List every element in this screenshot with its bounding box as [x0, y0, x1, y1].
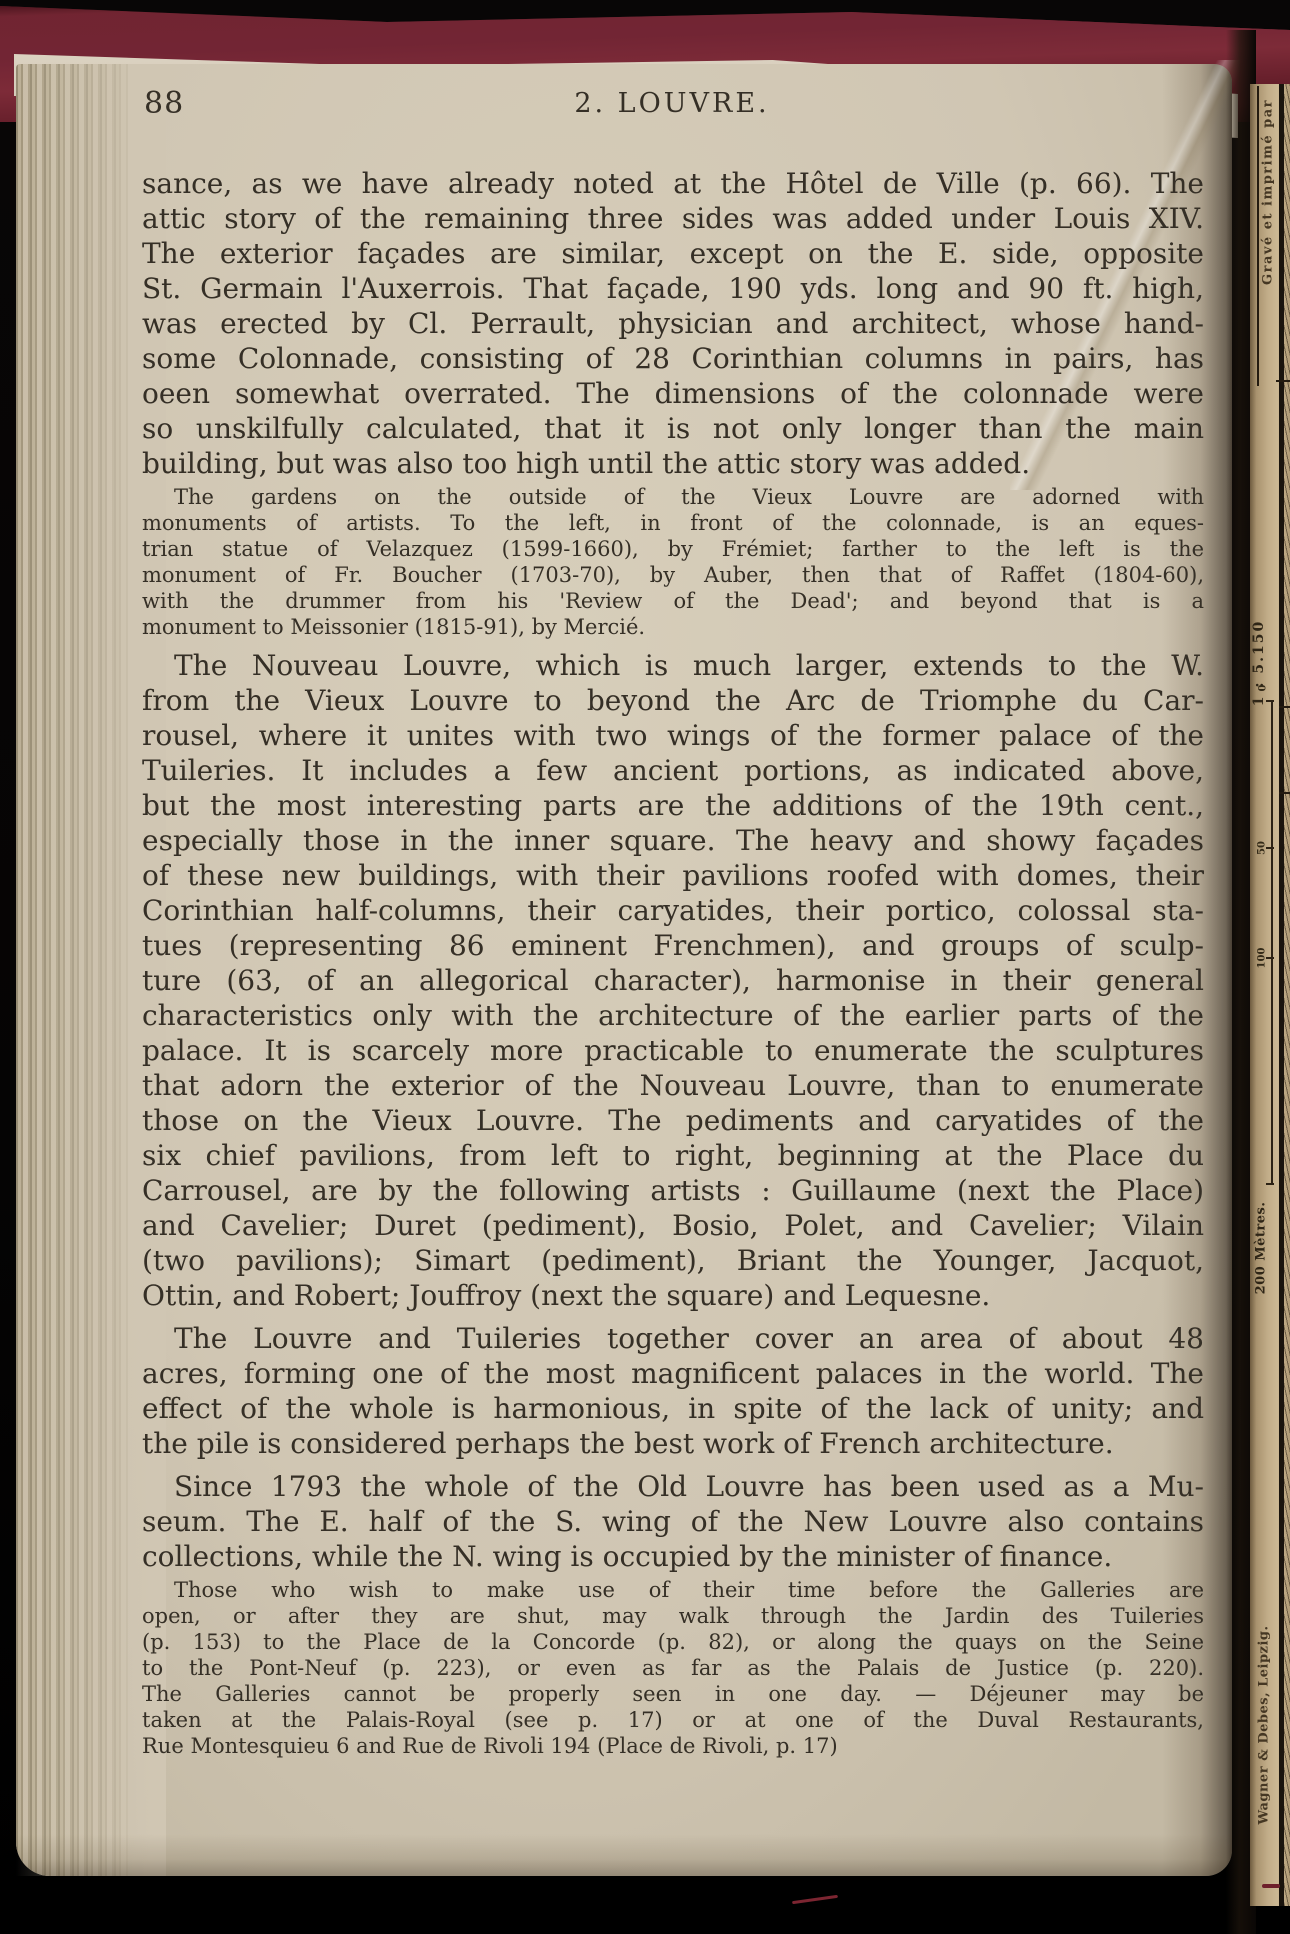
page-bottom-shadow — [16, 1834, 1232, 1876]
text-line: open, or after they are shut, may walk t… — [142, 1603, 1204, 1629]
map-scale-tick-0: 0 — [1258, 685, 1269, 692]
text-line: tues (representing 86 eminent Frenchmen)… — [142, 928, 1204, 963]
text-line: some Colonnade, consisting of 28 Corinth… — [142, 341, 1204, 376]
text-line: palace. It is scarcely more practicable … — [142, 1033, 1204, 1068]
map-scale-tick-mark — [1266, 700, 1274, 702]
text-line: with the drummer from his 'Review of the… — [142, 588, 1204, 614]
map-border-thin-line — [1257, 86, 1259, 386]
paragraph: The Nouveau Louvre, which is much larger… — [142, 648, 1204, 1313]
text-line: (p. 153) to the Place de la Concorde (p.… — [142, 1629, 1204, 1655]
text-line: to the Pont-Neuf (p. 223), or even as fa… — [142, 1655, 1204, 1681]
text-line: trian statue of Velazquez (1599-1660), b… — [142, 536, 1204, 562]
text-line: acres, forming one of the most magnifice… — [142, 1356, 1204, 1391]
text-line: The Nouveau Louvre, which is much larger… — [142, 648, 1204, 683]
map-frame-tick-b — [1279, 792, 1290, 794]
paragraph: The Louvre and Tuileries together cover … — [142, 1321, 1204, 1461]
text-line: The Galleries cannot be properly seen in… — [142, 1681, 1204, 1707]
page-header-row: 88 2. LOUVRE. — [142, 86, 1202, 126]
text-line: The gardens on the outside of the Vieux … — [142, 484, 1204, 510]
map-scale-tick-mark — [1266, 1183, 1274, 1185]
paragraph: The gardens on the outside of the Vieux … — [142, 484, 1204, 640]
text-line: those on the Vieux Louvre. The pediments… — [142, 1103, 1204, 1138]
text-line: Since 1793 the whole of the Old Louvre h… — [142, 1469, 1204, 1504]
map-scale-end-label: 200 Mètres. — [1254, 1202, 1269, 1295]
map-engraving-hatch — [1284, 84, 1290, 1906]
map-scale-ratio: 1 : 5.150 — [1251, 620, 1267, 707]
paragraph: sance, as we have already noted at the H… — [142, 166, 1204, 481]
text-line: seum. The E. half of the S. wing of the … — [142, 1504, 1204, 1539]
text-line: monuments of artists. To the left, in fr… — [142, 510, 1204, 536]
binding-thread — [1262, 1884, 1280, 1888]
text-line: of these new buildings, with their pavil… — [142, 858, 1204, 893]
text-line: was erected by Cl. Perrault, physician a… — [142, 306, 1204, 341]
text-line: the pile is considered perhaps the best … — [142, 1426, 1204, 1461]
text-line: characteristics only with the architectu… — [142, 998, 1204, 1033]
text-line: that adorn the exterior of the Nouveau L… — [142, 1068, 1204, 1103]
text-line: Those who wish to make use of their time… — [142, 1577, 1204, 1603]
text-line: monument to Meissonier (1815-91), by Mer… — [142, 614, 1204, 640]
map-frame-corner — [1276, 380, 1290, 382]
text-line: effect of the whole is harmonious, in sp… — [142, 1391, 1204, 1426]
text-block: sance, as we have already noted at the H… — [142, 166, 1204, 1759]
text-line: Ottin, and Robert; Jouffroy (next the sq… — [142, 1278, 1204, 1313]
text-line: St. Germain l'Auxerrois. That façade, 19… — [142, 271, 1204, 306]
scanned-book-photo: 88 2. LOUVRE. sance, as we have already … — [0, 0, 1290, 1934]
text-line: collections, while the N. wing is occupi… — [142, 1539, 1204, 1574]
text-line: six chief pavilions, from left to right,… — [142, 1138, 1204, 1173]
page-title: 2. LOUVRE. — [172, 88, 1172, 119]
text-line: sance, as we have already noted at the H… — [142, 166, 1204, 201]
text-line: from the Vieux Louvre to beyond the Arc … — [142, 683, 1204, 718]
paragraph: Since 1793 the whole of the Old Louvre h… — [142, 1469, 1204, 1574]
map-scale-bar — [1271, 700, 1273, 1185]
text-line: The Louvre and Tuileries together cover … — [142, 1321, 1204, 1356]
binding-thread — [792, 1895, 838, 1904]
paragraph: Those who wish to make use of their time… — [142, 1577, 1204, 1759]
text-line: ture (63, of an allegorical character), … — [142, 963, 1204, 998]
text-line: oeen somewhat overrated. The dimensions … — [142, 376, 1204, 411]
text-line: Rue Montesquieu 6 and Rue de Rivoli 194 … — [142, 1733, 1204, 1759]
text-line: Carrousel, are by the following artists … — [142, 1173, 1204, 1208]
text-line: especially those in the inner square. Th… — [142, 823, 1204, 858]
text-line: rousel, where it unites with two wings o… — [142, 718, 1204, 753]
map-scale-tick-100: 100 — [1257, 948, 1268, 969]
text-line: The exterior façades are similar, except… — [142, 236, 1204, 271]
text-line: Corinthian half-columns, their caryatide… — [142, 893, 1204, 928]
text-line: taken at the Palais-Royal (see p. 17) or… — [142, 1707, 1204, 1733]
text-line: but the most interesting parts are the a… — [142, 788, 1204, 823]
map-printer-credit: Gravé et imprimé par — [1261, 99, 1276, 285]
text-line: so unskilfully calculated, that it is no… — [142, 411, 1204, 446]
text-line: attic story of the remaining three sides… — [142, 201, 1204, 236]
text-line: building, but was also too high until th… — [142, 446, 1204, 481]
text-line: monument of Fr. Boucher (1703-70), by Au… — [142, 562, 1204, 588]
text-line: and Cavelier; Duret (pediment), Bosio, P… — [142, 1208, 1204, 1243]
map-publisher: Wagner & Debes, Leipzig. — [1257, 1626, 1272, 1825]
map-scale-tick-50: 50 — [1257, 841, 1268, 855]
text-line: Tuileries. It includes a few ancient por… — [142, 753, 1204, 788]
text-line: (two pavilions); Simart (pediment), Bria… — [142, 1243, 1204, 1278]
map-frame-tick-a — [1279, 706, 1290, 708]
